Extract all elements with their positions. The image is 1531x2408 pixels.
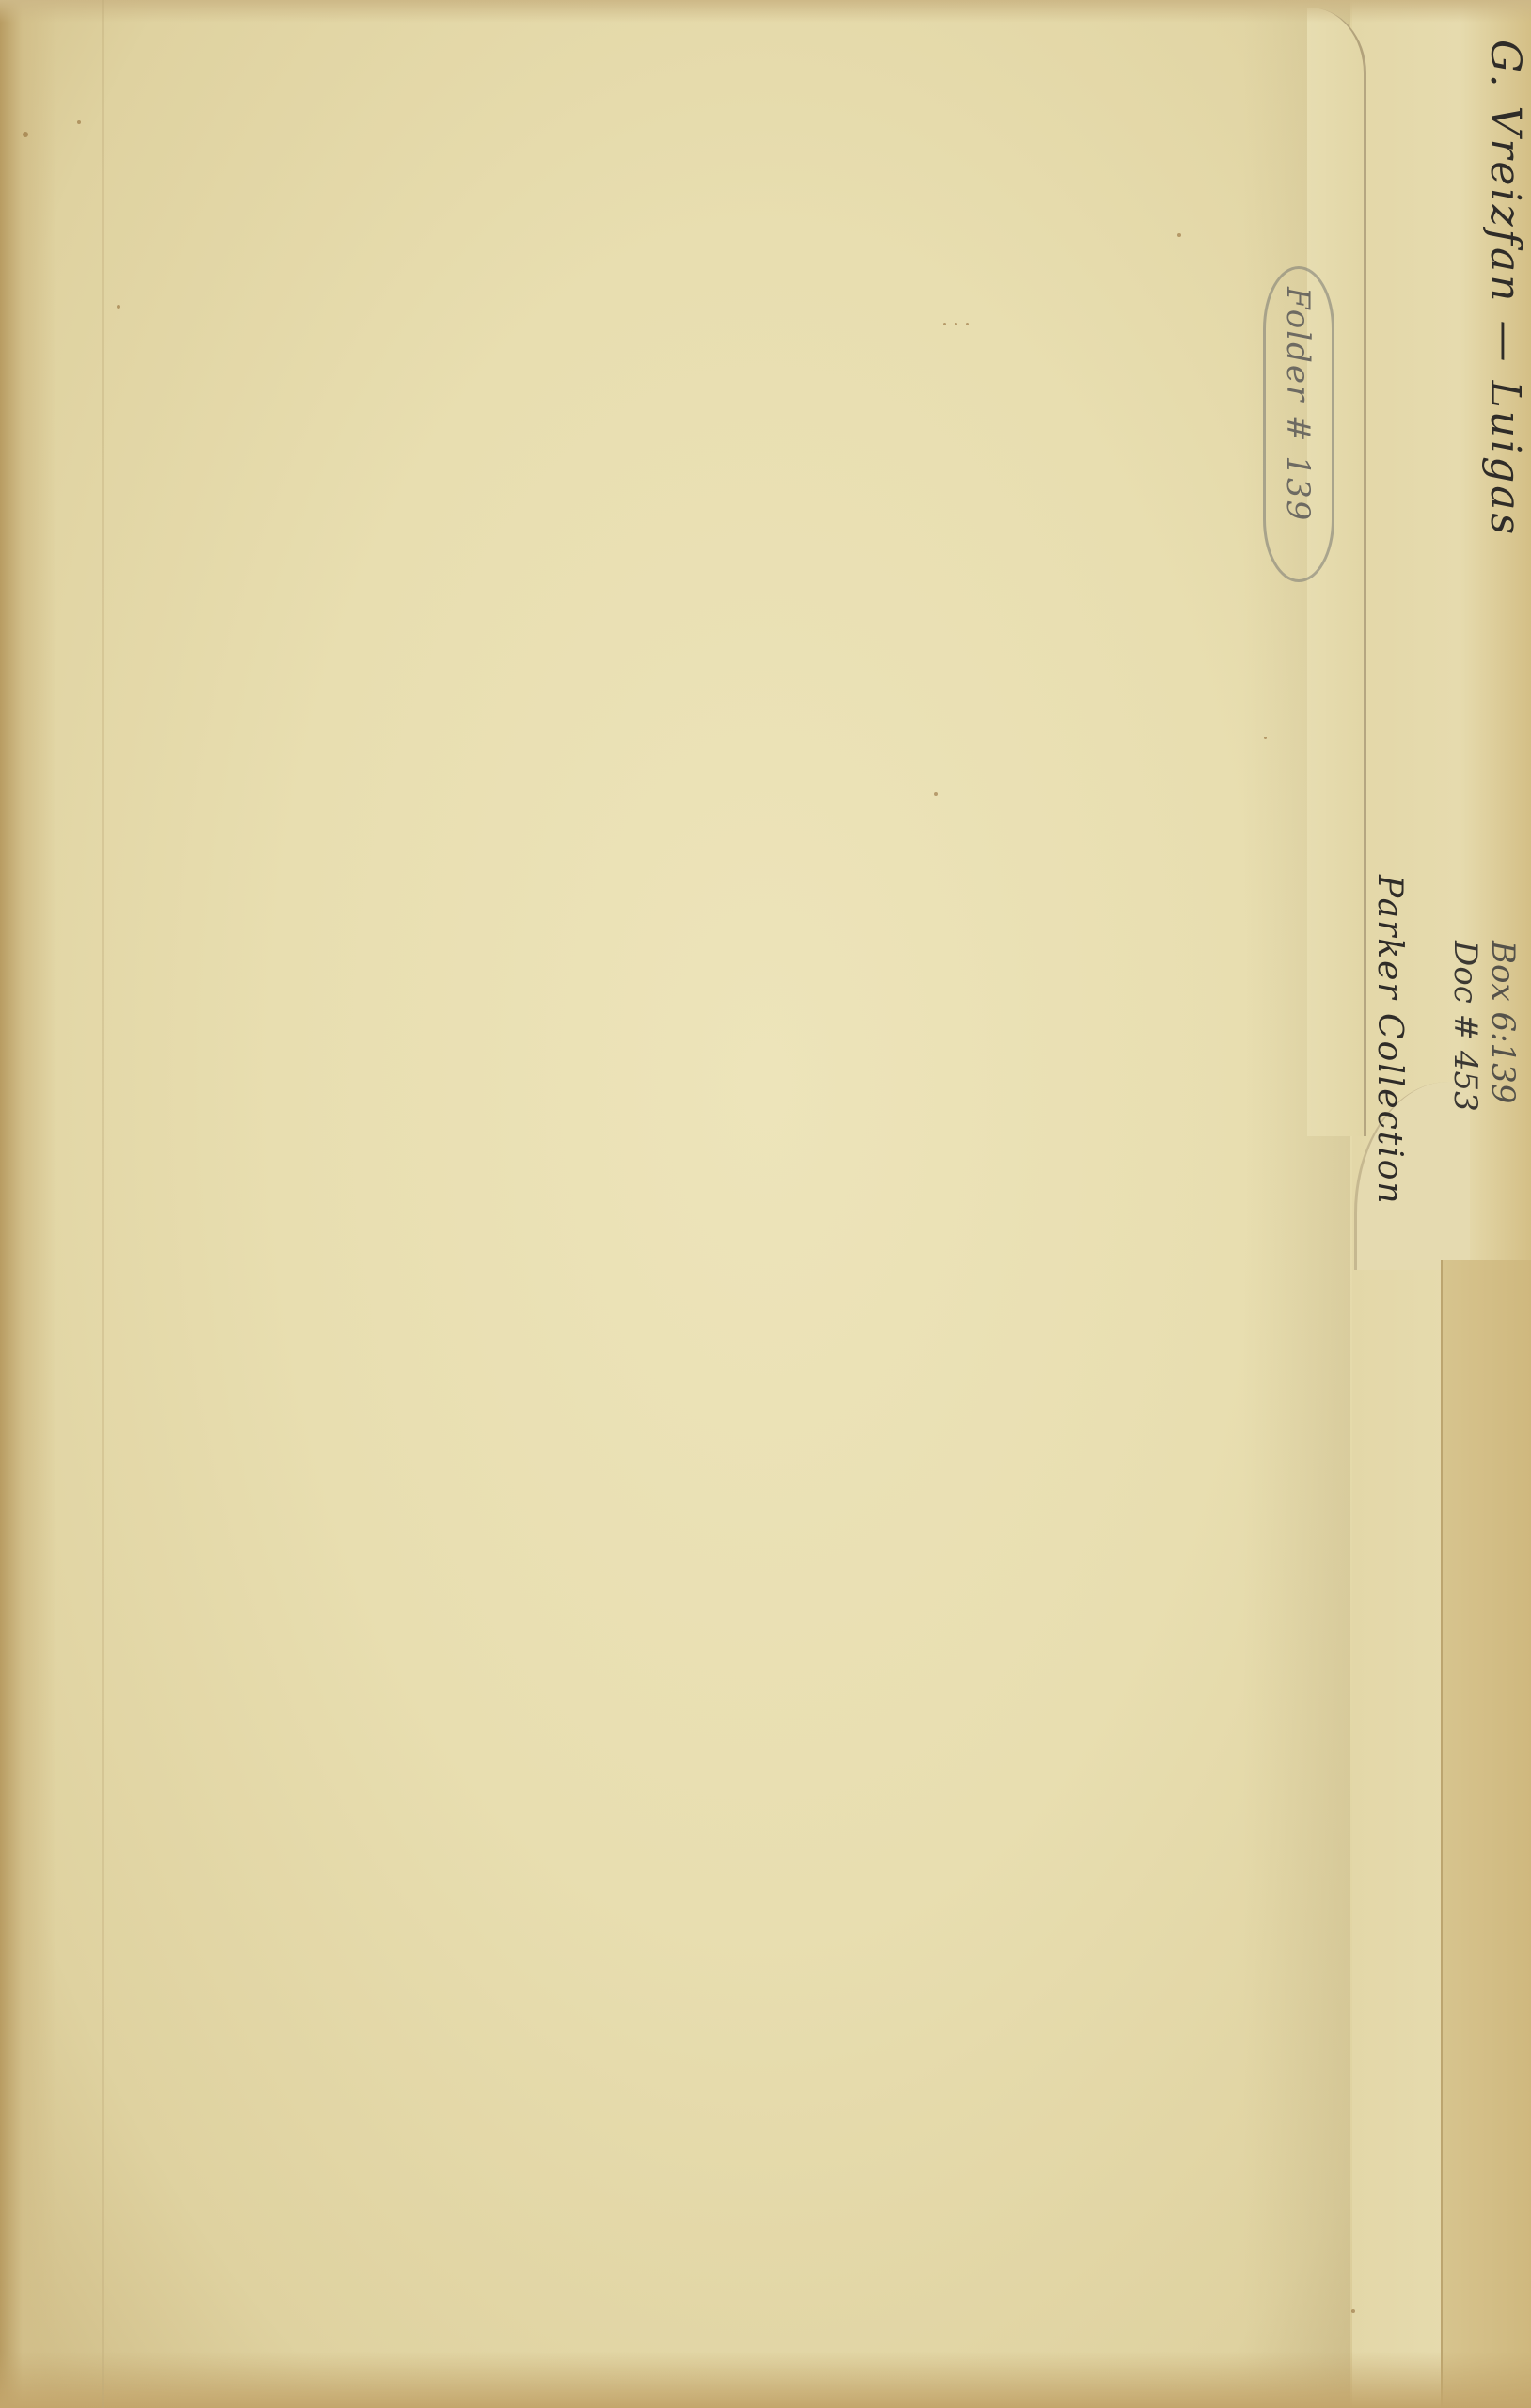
folder-back-edge [1441, 1260, 1531, 2408]
speck [1264, 737, 1267, 739]
aged-top-edge [0, 0, 1531, 23]
speck [955, 323, 957, 325]
box-number: Box 6:139 [1484, 941, 1522, 1112]
speck [1351, 2309, 1355, 2313]
doc-number: Doc # 453 [1446, 941, 1484, 1112]
speck [966, 323, 969, 325]
tab-label-handwriting: G. Vreizfan — Luigas [1481, 40, 1529, 537]
speck [77, 120, 81, 124]
collection-annotation: Parker Collection [1370, 875, 1409, 1206]
speck [1177, 233, 1181, 237]
folder-number-text: Folder # 139 [1279, 287, 1317, 522]
aged-bottom-edge [0, 2352, 1531, 2408]
speck [117, 305, 120, 309]
speck [934, 792, 938, 796]
speck [23, 132, 28, 137]
box-doc-annotation: Box 6:139 Doc # 453 [1446, 941, 1522, 1112]
aged-left-edge [0, 0, 56, 2408]
fold-line [102, 0, 104, 2408]
speck [943, 323, 946, 325]
folder-scan: G. Vreizfan — Luigas Folder # 139 Box 6:… [0, 0, 1531, 2408]
folder-front-flap [0, 0, 1350, 2408]
